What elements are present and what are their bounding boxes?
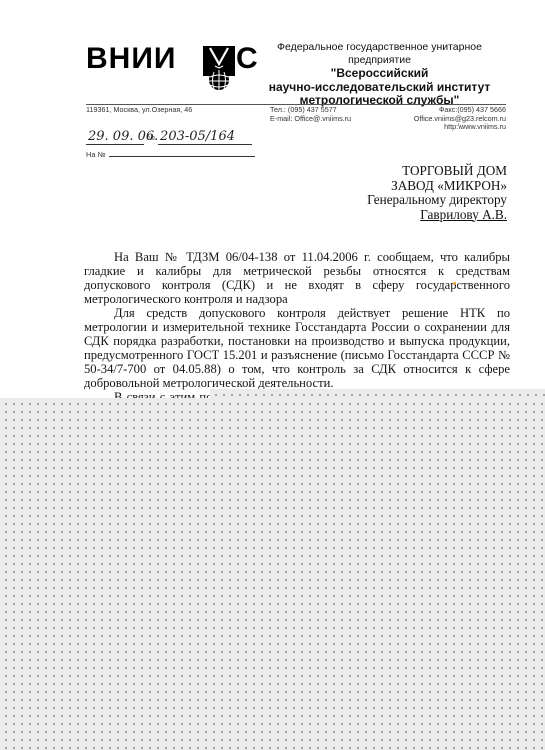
vniims-emblem-icon — [202, 44, 236, 94]
addressee-plant: ЗАВОД «МИКРОН» — [367, 179, 507, 194]
email-address: E-mail: Office@.vniims.ru — [270, 115, 351, 124]
postal-address: 119361, Москва, ул.Озерная, 46 — [86, 106, 192, 115]
phone-email-block: Тел.: (095) 437 5577 E-mail: Office@.vni… — [270, 106, 351, 123]
logo-text-left: ВНИИ — [86, 44, 176, 74]
registration-line: 29. 09. 06.№203-05/164 — [86, 127, 252, 145]
body-paragraph: На Ваш № ТДЗМ 06/04-138 от 11.04.2006 г.… — [84, 250, 510, 306]
addressee-company: ТОРГОВЫЙ ДОМ — [367, 164, 507, 179]
addressee-name: Гаврилову А.В. — [367, 208, 507, 223]
website-url: http:\www.vniims.ru — [414, 123, 506, 132]
letter-page: ВНИИ С Федеральное государственное унита… — [0, 0, 545, 750]
addressee-block: ТОРГОВЫЙ ДОМ ЗАВОД «МИКРОН» Генеральному… — [367, 164, 507, 222]
reference-label: На № — [86, 150, 106, 159]
logo-text-right: С — [236, 44, 259, 74]
reference-line: На № — [86, 144, 255, 162]
body-paragraph: Для средств допускового контроля действу… — [84, 306, 510, 390]
outgoing-number: 203-05/164 — [158, 129, 252, 145]
org-name-line2: научно-исследовательский институт — [262, 81, 497, 95]
annotation-dot — [453, 282, 456, 285]
addressee-position: Генеральному директору — [367, 193, 507, 208]
dotted-overlay — [0, 398, 545, 750]
outgoing-date: 29. 09. 06. — [86, 129, 144, 145]
org-type-line1: Федеральное государственное унитарное — [262, 41, 497, 54]
fax-web-block: Факс:(095) 437 5666 Office.vniims@g23.re… — [414, 106, 506, 132]
organization-header: Федеральное государственное унитарное пр… — [262, 41, 497, 108]
org-name-line1: "Всероссийский — [262, 67, 497, 81]
reference-blank — [109, 148, 255, 157]
number-label: № — [147, 133, 155, 142]
